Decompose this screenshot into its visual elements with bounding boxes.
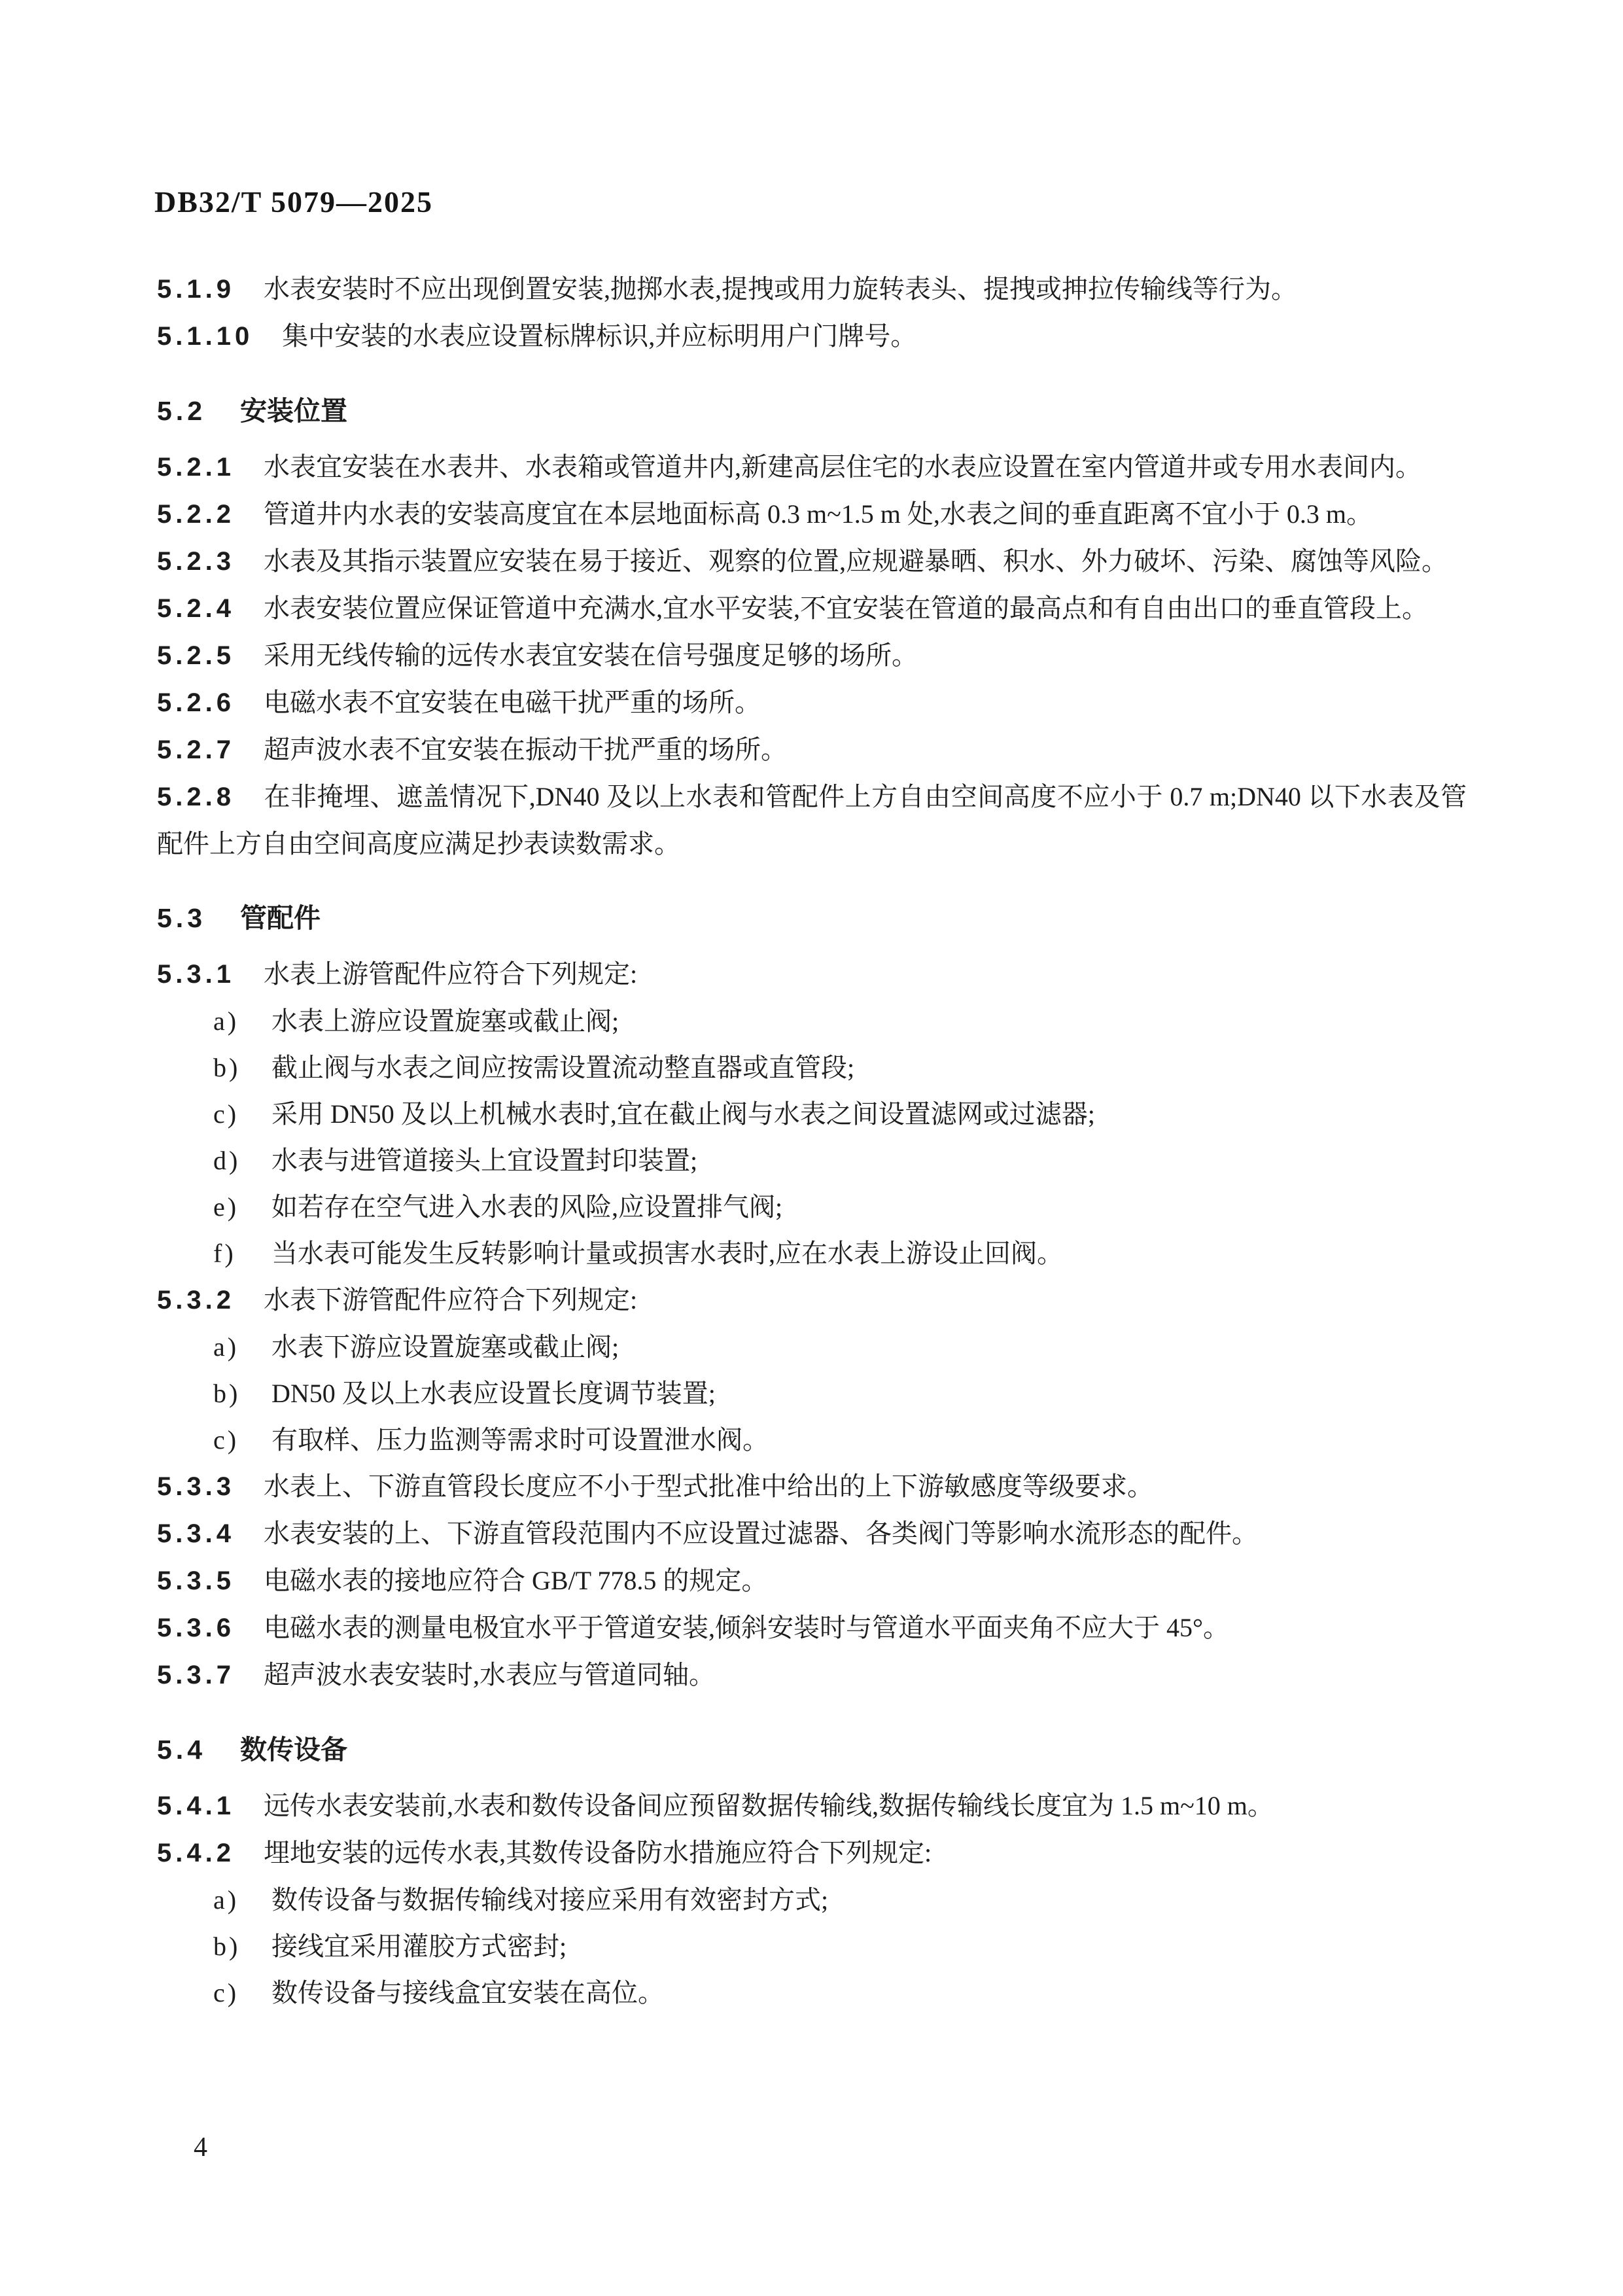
clause-number: 5.2.3 xyxy=(157,547,235,576)
list-item-marker: c) xyxy=(213,1091,271,1137)
section-heading-5-4: 5.4数传设备 xyxy=(157,1727,1467,1773)
clause-text: 电磁水表的接地应符合 GB/T 778.5 的规定。 xyxy=(264,1566,767,1595)
clause-5-2-7: 5.2.7超声波水表不宜安装在振动干扰严重的场所。 xyxy=(157,726,1467,773)
clause-number: 5.2.2 xyxy=(157,500,235,529)
clause-number: 5.1.9 xyxy=(157,275,235,304)
clause-text: 在非掩埋、遮盖情况下,DN40 及以上水表和管配件上方自由空间高度不应小于 0.… xyxy=(157,782,1467,858)
clause-number: 5.3.1 xyxy=(157,960,235,989)
list-item-marker: c) xyxy=(213,1969,271,2016)
clause-number: 5.3.2 xyxy=(157,1286,235,1315)
section-title: 数传设备 xyxy=(240,1735,347,1765)
clause-5-2-6: 5.2.6电磁水表不宜安装在电磁干扰严重的场所。 xyxy=(157,679,1467,726)
clause-text: 水表下游管配件应符合下列规定: xyxy=(264,1285,637,1315)
section-heading-5-3: 5.3管配件 xyxy=(157,895,1467,942)
clause-number: 5.2.8 xyxy=(157,783,235,811)
list-item-a: a)数传设备与数据传输线对接应采用有效密封方式; xyxy=(157,1877,1467,1923)
clause-5-1-10: 5.1.10集中安装的水表应设置标牌标识,并应标明用户门牌号。 xyxy=(157,313,1467,360)
list-item-c: c)采用 DN50 及以上机械水表时,宜在截止阀与水表之间设置滤网或过滤器; xyxy=(157,1091,1467,1137)
clause-5-2-5: 5.2.5采用无线传输的远传水表宜安装在信号强度足够的场所。 xyxy=(157,632,1467,679)
clause-5-2-4: 5.2.4水表安装位置应保证管道中充满水,宜水平安装,不宜安装在管道的最高点和有… xyxy=(157,585,1467,632)
clause-5-2-2: 5.2.2管道井内水表的安装高度宜在本层地面标高 0.3 m~1.5 m 处,水… xyxy=(157,491,1467,538)
list-item-marker: b) xyxy=(213,1044,271,1091)
list-item-e: e)如若存在空气进入水表的风险,应设置排气阀; xyxy=(157,1184,1467,1230)
section-number: 5.3 xyxy=(157,903,206,933)
clause-5-3-3: 5.3.3水表上、下游直管段长度应不小于型式批准中给出的上下游敏感度等级要求。 xyxy=(157,1463,1467,1510)
clause-text: 集中安装的水表应设置标牌标识,并应标明用户门牌号。 xyxy=(282,321,916,351)
clause-text: 管道井内水表的安装高度宜在本层地面标高 0.3 m~1.5 m 处,水表之间的垂… xyxy=(264,499,1372,529)
section-number: 5.2 xyxy=(157,396,206,426)
clause-number: 5.1.10 xyxy=(157,322,253,351)
clause-text: 远传水表安装前,水表和数传设备间应预留数据传输线,数据传输线长度宜为 1.5 m… xyxy=(264,1791,1274,1820)
clause-text: 采用无线传输的远传水表宜安装在信号强度足够的场所。 xyxy=(264,641,918,670)
clause-number: 5.2.5 xyxy=(157,641,235,670)
document-code-header: DB32/T 5079—2025 xyxy=(154,185,433,219)
clause-text: 超声波水表安装时,水表应与管道同轴。 xyxy=(264,1660,715,1689)
page-number: 4 xyxy=(194,2132,207,2163)
list-item-marker: f) xyxy=(213,1230,271,1277)
list-item-text: 当水表可能发生反转影响计量或损害水表时,应在水表上游设止回阀。 xyxy=(271,1239,1063,1268)
clause-number: 5.3.3 xyxy=(157,1472,235,1501)
list-item-marker: a) xyxy=(213,998,271,1044)
clause-text: 水表上游管配件应符合下列规定: xyxy=(264,959,637,989)
list-item-b: b)DN50 及以上水表应设置长度调节装置; xyxy=(157,1370,1467,1417)
list-item-marker: c) xyxy=(213,1417,271,1463)
section-number: 5.4 xyxy=(157,1735,206,1765)
clause-text: 埋地安装的远传水表,其数传设备防水措施应符合下列规定: xyxy=(264,1838,932,1867)
section-title: 管配件 xyxy=(240,903,321,933)
list-item-text: 采用 DN50 及以上机械水表时,宜在截止阀与水表之间设置滤网或过滤器; xyxy=(271,1099,1095,1129)
list-item-b: b)截止阀与水表之间应按需设置流动整直器或直管段; xyxy=(157,1044,1467,1091)
clause-5-4-2: 5.4.2埋地安装的远传水表,其数传设备防水措施应符合下列规定: xyxy=(157,1829,1467,1877)
clause-number: 5.2.1 xyxy=(157,453,235,482)
clause-5-3-7: 5.3.7超声波水表安装时,水表应与管道同轴。 xyxy=(157,1651,1467,1699)
clause-text: 超声波水表不宜安装在振动干扰严重的场所。 xyxy=(264,735,787,764)
document-page: DB32/T 5079—2025 5.1.9水表安装时不应出现倒置安装,抛掷水表… xyxy=(0,0,1623,2296)
clause-number: 5.3.6 xyxy=(157,1614,235,1642)
list-item-marker: b) xyxy=(213,1370,271,1417)
clause-5-3-2: 5.3.2水表下游管配件应符合下列规定: xyxy=(157,1277,1467,1324)
clause-number: 5.3.7 xyxy=(157,1661,235,1689)
list-item-text: 如若存在空气进入水表的风险,应设置排气阀; xyxy=(271,1192,782,1222)
clause-number: 5.4.2 xyxy=(157,1839,235,1867)
list-item-c: c)有取样、压力监测等需求时可设置泄水阀。 xyxy=(157,1417,1467,1463)
list-item-marker: b) xyxy=(213,1923,271,1969)
clause-text: 电磁水表不宜安装在电磁干扰严重的场所。 xyxy=(264,688,761,717)
list-item-marker: a) xyxy=(213,1324,271,1370)
list-item-text: 水表与进管道接头上宜设置封印装置; xyxy=(271,1146,697,1175)
list-item-text: 接线宜采用灌胶方式密封; xyxy=(271,1932,567,1961)
clause-text: 水表安装位置应保证管道中充满水,宜水平安装,不宜安装在管道的最高点和有自由出口的… xyxy=(264,593,1428,623)
document-body: 5.1.9水表安装时不应出现倒置安装,抛掷水表,提拽或用力旋转表头、提拽或抻拉传… xyxy=(157,266,1467,2016)
list-item-a: a)水表上游应设置旋塞或截止阀; xyxy=(157,998,1467,1044)
clause-text: 水表安装的上、下游直管段范围内不应设置过滤器、各类阀门等影响水流形态的配件。 xyxy=(264,1519,1258,1548)
clause-number: 5.3.4 xyxy=(157,1519,235,1548)
clause-number: 5.2.7 xyxy=(157,735,235,764)
clause-5-3-4: 5.3.4水表安装的上、下游直管段范围内不应设置过滤器、各类阀门等影响水流形态的… xyxy=(157,1510,1467,1557)
list-item-text: 数传设备与接线盒宜安装在高位。 xyxy=(271,1978,664,2007)
clause-text: 电磁水表的测量电极宜水平于管道安装,倾斜安装时与管道水平面夹角不应大于 45°。 xyxy=(264,1613,1229,1642)
clause-5-2-8: 5.2.8在非掩埋、遮盖情况下,DN40 及以上水表和管配件上方自由空间高度不应… xyxy=(157,773,1467,867)
clause-text: 水表上、下游直管段长度应不小于型式批准中给出的上下游敏感度等级要求。 xyxy=(264,1472,1153,1501)
list-item-a: a)水表下游应设置旋塞或截止阀; xyxy=(157,1324,1467,1370)
clause-5-1-9: 5.1.9水表安装时不应出现倒置安装,抛掷水表,提拽或用力旋转表头、提拽或抻拉传… xyxy=(157,266,1467,313)
clause-number: 5.2.4 xyxy=(157,594,235,623)
list-item-marker: d) xyxy=(213,1137,271,1184)
list-item-text: 有取样、压力监测等需求时可设置泄水阀。 xyxy=(271,1425,769,1455)
list-item-text: DN50 及以上水表应设置长度调节装置; xyxy=(271,1379,716,1408)
list-item-marker: a) xyxy=(213,1877,271,1923)
clause-text: 水表宜安装在水表井、水表箱或管道井内,新建高层住宅的水表应设置在室内管道井或专用… xyxy=(264,452,1422,482)
list-item-d: d)水表与进管道接头上宜设置封印装置; xyxy=(157,1137,1467,1184)
clause-text: 水表安装时不应出现倒置安装,抛掷水表,提拽或用力旋转表头、提拽或抻拉传输线等行为… xyxy=(264,274,1297,304)
list-item-marker: e) xyxy=(213,1184,271,1230)
list-item-text: 数传设备与数据传输线对接应采用有效密封方式; xyxy=(271,1885,828,1915)
clause-text: 水表及其指示装置应安装在易于接近、观察的位置,应规避暴晒、积水、外力破坏、污染、… xyxy=(264,546,1448,576)
list-item-f: f)当水表可能发生反转影响计量或损害水表时,应在水表上游设止回阀。 xyxy=(157,1230,1467,1277)
clause-5-3-1: 5.3.1水表上游管配件应符合下列规定: xyxy=(157,951,1467,998)
list-item-text: 截止阀与水表之间应按需设置流动整直器或直管段; xyxy=(271,1053,854,1082)
clause-5-3-5: 5.3.5电磁水表的接地应符合 GB/T 778.5 的规定。 xyxy=(157,1557,1467,1604)
clause-5-2-3: 5.2.3水表及其指示装置应安装在易于接近、观察的位置,应规避暴晒、积水、外力破… xyxy=(157,538,1467,585)
clause-number: 5.2.6 xyxy=(157,688,235,717)
list-item-text: 水表上游应设置旋塞或截止阀; xyxy=(271,1006,619,1036)
clause-number: 5.3.5 xyxy=(157,1566,235,1595)
clause-5-2-1: 5.2.1水表宜安装在水表井、水表箱或管道井内,新建高层住宅的水表应设置在室内管… xyxy=(157,444,1467,491)
list-item-c: c)数传设备与接线盒宜安装在高位。 xyxy=(157,1969,1467,2016)
clause-number: 5.4.1 xyxy=(157,1792,235,1820)
clause-5-3-6: 5.3.6电磁水表的测量电极宜水平于管道安装,倾斜安装时与管道水平面夹角不应大于… xyxy=(157,1604,1467,1651)
section-heading-5-2: 5.2安装位置 xyxy=(157,388,1467,434)
list-item-b: b)接线宜采用灌胶方式密封; xyxy=(157,1923,1467,1969)
section-title: 安装位置 xyxy=(240,396,347,426)
list-item-text: 水表下游应设置旋塞或截止阀; xyxy=(271,1332,619,1362)
clause-5-4-1: 5.4.1远传水表安装前,水表和数传设备间应预留数据传输线,数据传输线长度宜为 … xyxy=(157,1782,1467,1829)
